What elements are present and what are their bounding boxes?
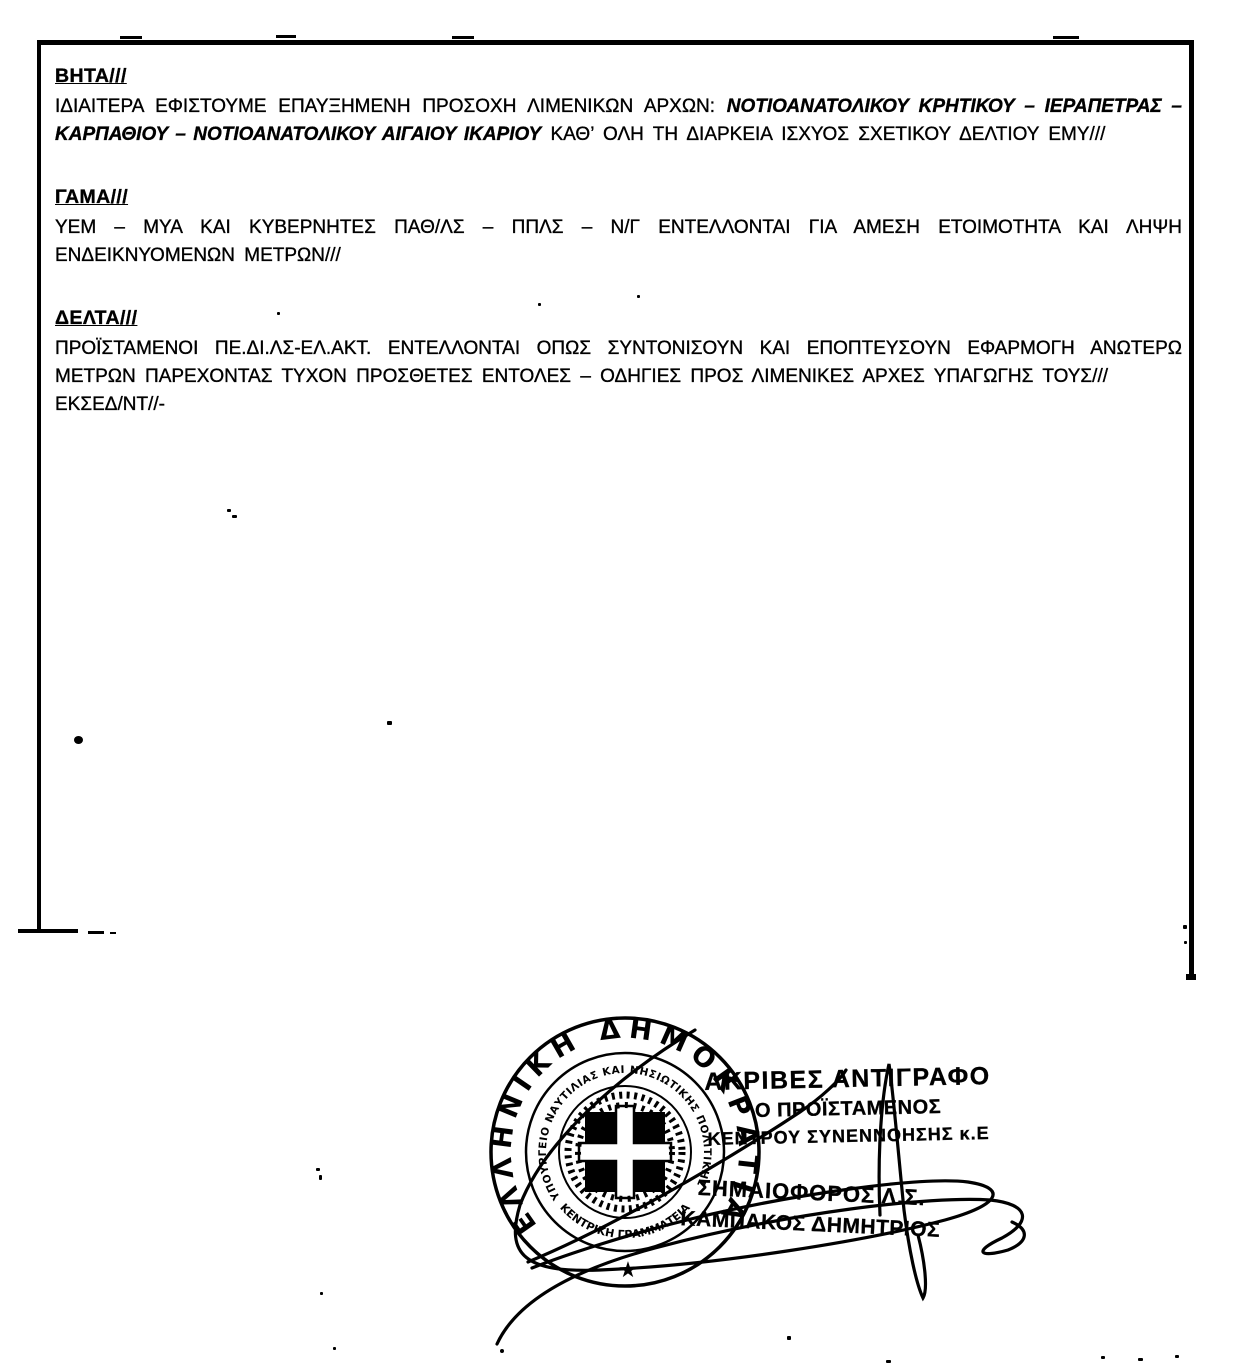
section-heading: ΒΗΤΑ/// [55, 64, 1182, 88]
scan-speck [227, 509, 231, 512]
scan-speck [1175, 1355, 1179, 1358]
border-top [37, 40, 1194, 45]
closing-line: ΕΚΣΕΔ/ΝΤ//- [55, 391, 1182, 419]
scan-speck [1183, 925, 1187, 929]
text-run: ΠΡΟΪΣΤΑΜΕΝΟΙ ΠΕ.ΔΙ.ΛΣ-ΕΛ.ΑΚΤ. ΕΝΤΕΛΛΟΝΤΑ… [55, 338, 1182, 387]
scan-speck [387, 721, 392, 725]
scan-speck [538, 303, 541, 306]
scan-speck [120, 36, 142, 39]
scan-speck [232, 515, 237, 518]
section-paragraph: ΠΡΟΪΣΤΑΜΕΝΟΙ ΠΕ.ΔΙ.ΛΣ-ΕΛ.ΑΚΤ. ΕΝΤΕΛΛΟΝΤΑ… [55, 335, 1182, 391]
document-body: ΒΗΤΑ/// ΙΔΙΑΙΤΕΡΑ ΕΦΙΣΤΟΥΜΕ ΕΠΑΥΞΗΜΕΝΗ Π… [55, 64, 1182, 419]
scan-speck [319, 1175, 322, 1180]
scan-speck [787, 1336, 791, 1340]
text-run: ΙΔΙΑΙΤΕΡΑ ΕΦΙΣΤΟΥΜΕ ΕΠΑΥΞΗΜΕΝΗ ΠΡΟΣΟΧΗ Λ… [55, 96, 727, 117]
scan-speck [74, 736, 83, 744]
scan-speck [276, 35, 296, 38]
section-heading: ΔΕΛΤΑ/// [55, 306, 1182, 330]
section-heading: ΓΑΜΑ/// [55, 185, 1182, 209]
scan-speck [637, 295, 640, 298]
scan-speck [1138, 1358, 1143, 1361]
section-delta: ΔΕΛΤΑ/// ΠΡΟΪΣΤΑΜΕΝΟΙ ΠΕ.ΔΙ.ΛΣ-ΕΛ.ΑΚΤ. Ε… [55, 306, 1182, 419]
border-left-foot [18, 929, 78, 933]
scan-speck [1053, 36, 1079, 39]
section-beta: ΒΗΤΑ/// ΙΔΙΑΙΤΕΡΑ ΕΦΙΣΤΟΥΜΕ ΕΠΑΥΞΗΜΕΝΗ Π… [55, 64, 1182, 149]
section-paragraph: ΥΕΜ – ΜΥΑ ΚΑΙ ΚΥΒΕΡΝΗΤΕΣ ΠΑΘ/ΛΣ – ΠΠΛΣ –… [55, 214, 1182, 270]
scan-speck [316, 1168, 320, 1171]
scan-speck [1101, 1356, 1105, 1359]
text-run: ΥΕΜ – ΜΥΑ ΚΑΙ ΚΥΒΕΡΝΗΤΕΣ ΠΑΘ/ΛΣ – ΠΠΛΣ –… [55, 217, 1182, 266]
scan-speck [886, 1360, 891, 1363]
scan-speck [320, 1292, 323, 1295]
border-artifact [110, 932, 116, 934]
section-paragraph: ΙΔΙΑΙΤΕΡΑ ΕΦΙΣΤΟΥΜΕ ΕΠΑΥΞΗΜΕΝΗ ΠΡΟΣΟΧΗ Λ… [55, 93, 1182, 149]
border-artifact [88, 931, 104, 934]
border-left [37, 40, 41, 933]
handwritten-signature [440, 1000, 1080, 1368]
section-gamma: ΓΑΜΑ/// ΥΕΜ – ΜΥΑ ΚΑΙ ΚΥΒΕΡΝΗΤΕΣ ΠΑΘ/ΛΣ … [55, 185, 1182, 270]
border-right [1189, 40, 1194, 978]
border-right-foot [1186, 974, 1196, 980]
scanned-document-page: ΒΗΤΑ/// ΙΔΙΑΙΤΕΡΑ ΕΦΙΣΤΟΥΜΕ ΕΠΑΥΞΗΜΕΝΗ Π… [0, 0, 1239, 1368]
scan-speck [452, 36, 474, 39]
scan-speck [333, 1347, 336, 1350]
scan-speck [277, 312, 280, 315]
scan-speck [1184, 941, 1187, 944]
scan-speck [500, 1349, 504, 1353]
signature-stroke [528, 1070, 846, 1262]
text-run: ΚΑΘ’ ΟΛΗ ΤΗ ΔΙΑΡΚΕΙΑ ΙΣΧΥΟΣ ΣΧΕΤΙΚΟΥ ΔΕΛ… [541, 124, 1105, 145]
